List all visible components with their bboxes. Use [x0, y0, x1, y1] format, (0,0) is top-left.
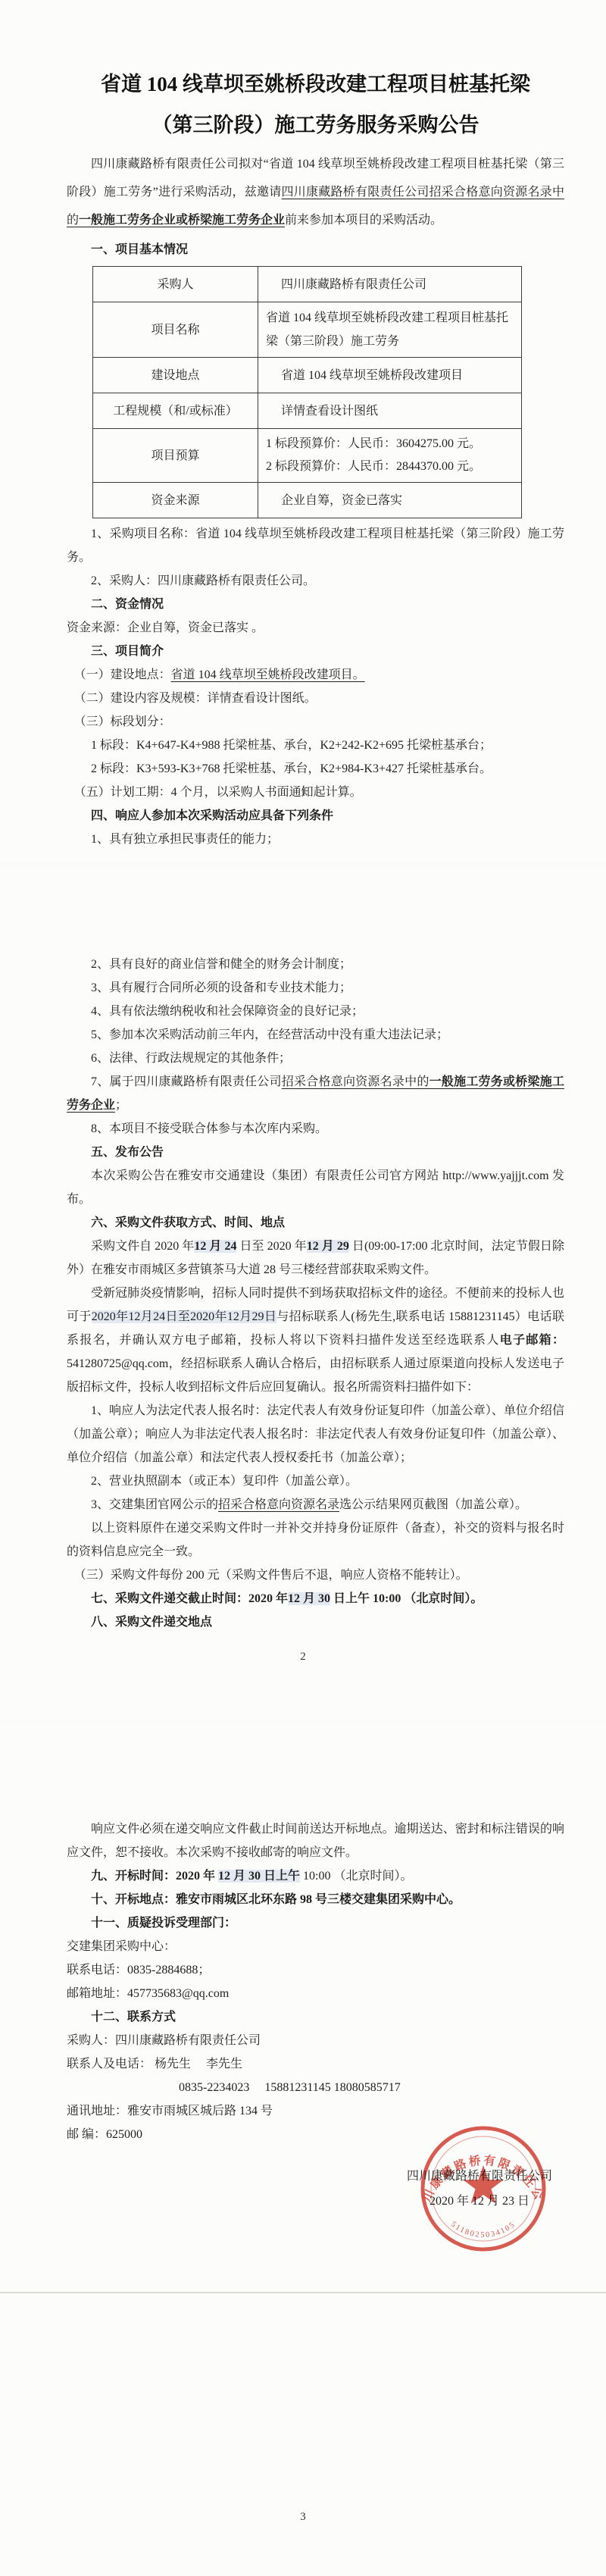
- section-5-heading: 五、发布公告: [67, 1141, 564, 1164]
- condition-7-tail: ；: [115, 1099, 127, 1112]
- registration-req-2: 2、营业执照副本（或正本）复印件（加盖公章）。: [67, 1470, 564, 1493]
- page-number-1: 1: [0, 781, 606, 805]
- project-name-note: 1、采购项目名称：省道 104 线草坝至姚桥段改建工程项目桩基托梁（第三阶段）施…: [67, 522, 564, 569]
- table-label: 建设地点: [93, 358, 258, 393]
- construction-site-line: （一）建设地点：省道 104 线草坝至姚桥段改建项目。: [67, 663, 564, 687]
- condition-7: 7、属于四川康藏路桥有限责任公司招采合格意向资源名录中的一般施工劳务或桥梁施工劳…: [67, 1070, 564, 1117]
- contact-phones-line: 0835-2234023 15881231145 18080585717: [67, 2076, 564, 2099]
- req-3-tail: 选公示结果网页截图（加盖公章）。: [339, 1498, 527, 1511]
- registration-req-1: 1、响应人为法定代表人报名时：法定代表人有效身份证复印件（加盖公章）、单位介绍信…: [67, 1399, 564, 1470]
- funding-source-line: 资金来源：企业自筹，资金已落实 。: [67, 616, 564, 640]
- company-seal-stamp: 四川康藏路桥有限责任公司 5118025034105: [418, 2124, 548, 2254]
- table-label: 工程规模（和/或标准）: [93, 393, 258, 429]
- originals-note: 以上资料原件在递交采购文件时一并补交并持身份证原件（备查），补交的资料与报名时的…: [67, 1516, 564, 1563]
- covid-date-range: 2020年12月24日至2020年12月29日: [92, 1310, 277, 1323]
- condition-4: 4、具有依法缴纳税收和社会保障资金的良好记录；: [67, 1000, 564, 1023]
- table-value: 企业自筹，资金已落实: [258, 483, 522, 518]
- section-6-heading: 六、采购文件获取方式、时间、地点: [67, 1211, 564, 1235]
- project-info-table: 采购人 四川康藏路桥有限责任公司 项目名称 省道 104 线草坝至姚桥段改建工程…: [92, 266, 522, 518]
- page-number-3: 3: [0, 2506, 606, 2529]
- req-3-underlined: 招采合格意向资源名录: [218, 1498, 339, 1511]
- site-label: （一）建设地点：: [74, 668, 171, 681]
- section-10-line: 十、开标地点：雅安市雨城区北环东路 98 号三楼交建集团采购中心。: [67, 1888, 564, 1911]
- section-9-heading: 九、开标时间：: [91, 1870, 176, 1883]
- table-row: 工程规模（和/或标准） 详情查看设计图纸: [93, 393, 522, 429]
- req-3-text: 3、交建集团官网公示的: [91, 1498, 218, 1511]
- announcement-site-line: 本次采购公告在雅安市交通建设（集团）有限责任公司官方网站 http://www.…: [67, 1164, 564, 1211]
- obtain-text-b: 日至 2020 年: [236, 1240, 306, 1253]
- seal-star-icon: [463, 2165, 503, 2204]
- scanned-document: 省道 104 线草坝至姚桥段改建工程项目桩基托梁 （第三阶段）施工劳务服务采购公…: [0, 0, 606, 2576]
- opening-year: 2020 年: [176, 1870, 218, 1883]
- bid-sections-label: （三）标段划分：: [67, 710, 564, 734]
- intro-paragraph: 四川康藏路桥有限责任公司拟对“省道 104 线草坝至姚桥段改建工程项目桩基托梁（…: [67, 150, 564, 234]
- table-value: 省道 104 线草坝至姚桥段改建工程项目桩基托梁（第三阶段）施工劳务: [258, 302, 522, 358]
- deadline-year: 2020 年: [248, 1592, 288, 1605]
- covid-text-c: 541280725@qq.com，经招标联系人确认合格后，由招标联系人通过原渠道…: [67, 1357, 564, 1394]
- seal-code-text: 5118025034105: [449, 2221, 517, 2240]
- budget-line-1: 1 标段预算价：人民币：3604275.00 元。: [266, 433, 514, 455]
- condition-7-text: 7、属于四川康藏路桥有限责任公司: [91, 1075, 282, 1088]
- scan-artifact-line: [0, 2292, 606, 2293]
- table-value: 详情查看设计图纸: [258, 393, 522, 429]
- bid-section-1: 1 标段：K4+647-K4+988 托梁桩基、承台，K2+242-K2+695…: [67, 734, 564, 757]
- table-label: 采购人: [93, 267, 258, 302]
- obtain-date-1: 12 月 24: [194, 1240, 236, 1253]
- submission-rules-paragraph: 响应文件必须在递交响应文件截止时间前送达开标地点。逾期送达、密封和标注错误的响应…: [67, 1817, 564, 1864]
- buyer-note: 2、采购人：四川康藏路桥有限责任公司。: [67, 569, 564, 593]
- page-title: 省道 104 线草坝至姚桥段改建工程项目桩基托梁 （第三阶段）施工劳务服务采购公…: [67, 64, 564, 146]
- section-7-heading: 七、采购文件递交截止时间：: [91, 1592, 248, 1605]
- svg-text:5118025034105: 5118025034105: [449, 2221, 517, 2240]
- table-label: 项目预算: [93, 429, 258, 483]
- obtain-text-a: 采购文件自 2020 年: [91, 1240, 194, 1253]
- section-1-heading: 一、项目基本情况: [67, 238, 564, 261]
- section-9-line: 九、开标时间：2020 年 12 月 30 日上午 10:00 （北京时间）。: [67, 1864, 564, 1888]
- title-line-1: 省道 104 线草坝至姚桥段改建工程项目桩基托梁: [67, 64, 564, 105]
- table-label: 资金来源: [93, 483, 258, 518]
- registration-req-3: 3、交建集团官网公示的招采合格意向资源名录选公示结果网页截图（加盖公章）。: [67, 1493, 564, 1516]
- construction-scope-line: （二）建设内容及规模：详情查看设计图纸。: [67, 687, 564, 710]
- section-4-heading: 四、响应人参加本次采购活动应具备下列条件: [67, 804, 564, 828]
- contact-address-line: 通讯地址：雅安市雨城区城后路 134 号: [67, 2099, 564, 2123]
- table-row: 资金来源 企业自筹，资金已落实: [93, 483, 522, 518]
- opening-date: 12 月 30 日上午: [218, 1870, 300, 1883]
- condition-3: 3、具有履行合同所必须的设备和专业技术能力；: [67, 976, 564, 1000]
- complaint-phone-line: 联系电话：0835-2884688；: [67, 1958, 564, 1982]
- condition-1: 1、具有独立承担民事责任的能力；: [67, 828, 564, 851]
- complaint-dept-line: 交建集团采购中心：: [67, 1935, 564, 1958]
- covid-notice-paragraph: 受新冠肺炎疫情影响，招标人同时提供不到场获取招标文件的途径。不便前来的投标人也可…: [67, 1282, 564, 1399]
- table-value: 省道 104 线草坝至姚桥段改建项目: [258, 358, 522, 393]
- table-value: 四川康藏路桥有限责任公司: [258, 267, 522, 302]
- table-row: 项目名称 省道 104 线草坝至姚桥段改建工程项目桩基托梁（第三阶段）施工劳务: [93, 302, 522, 358]
- page-number-2: 2: [0, 1645, 606, 1669]
- section-11-heading: 十一、质疑投诉受理部门：: [67, 1911, 564, 1935]
- document-page-2: 2、具有良好的商业信誉和健全的财务会计制度； 3、具有履行合同所必须的设备和专业…: [0, 865, 606, 1719]
- intro-tail: 前来参加本项目的采购活动。: [285, 214, 442, 227]
- table-row: 建设地点 省道 104 线草坝至姚桥段改建项目: [93, 358, 522, 393]
- section-7-line: 七、采购文件递交截止时间：2020 年12 月 30 日上午 10:00 （北京…: [67, 1587, 564, 1610]
- section-8-heading: 八、采购文件递交地点: [67, 1610, 564, 1634]
- contact-buyer-line: 采购人：四川康藏路桥有限责任公司: [67, 2029, 564, 2052]
- site-value: 省道 104 线草坝至姚桥段改建项目。: [171, 668, 365, 681]
- document-page-3: 响应文件必须在递交响应文件截止时间前送达开标地点。逾期送达、密封和标注错误的响应…: [0, 1722, 606, 2576]
- contact-persons-line: 联系人及电话： 杨先生 李先生: [67, 2052, 564, 2076]
- opening-time: 10:00 （北京时间）。: [300, 1870, 412, 1883]
- condition-5: 5、参加本次采购活动前三年内，在经营活动中没有重大违法记录；: [67, 1023, 564, 1047]
- section-2-heading: 二、资金情况: [67, 593, 564, 616]
- budget-line-2: 2 标段预算价：人民币：2844370.00 元。: [266, 455, 514, 478]
- doc-obtain-paragraph: 采购文件自 2020 年12 月 24 日至 2020 年12 月 29 日(0…: [67, 1235, 564, 1282]
- title-line-2: （第三阶段）施工劳务服务采购公告: [67, 105, 564, 146]
- table-row: 项目预算 1 标段预算价：人民币：3604275.00 元。 2 标段预算价：人…: [93, 429, 522, 483]
- doc-fee-line: （三）采购文件每份 200 元（采购文件售后不退，响应人资格不能转让）。: [67, 1563, 564, 1587]
- condition-2: 2、具有良好的商业信誉和健全的财务会计制度；: [67, 953, 564, 976]
- condition-7-underlined: 招采合格意向资源名录中的: [282, 1075, 430, 1088]
- deadline-time: 日上午 10:00 （北京时间）。: [330, 1592, 483, 1605]
- obtain-date-2: 12 月 29: [307, 1240, 349, 1253]
- section-12-heading: 十二、联系方式: [67, 2005, 564, 2029]
- document-page-1: 省道 104 线草坝至姚桥段改建工程项目桩基托梁 （第三阶段）施工劳务服务采购公…: [0, 0, 606, 862]
- table-row: 采购人 四川康藏路桥有限责任公司: [93, 267, 522, 302]
- deadline-date: 12 月 30: [288, 1592, 330, 1605]
- table-value: 1 标段预算价：人民币：3604275.00 元。 2 标段预算价：人民币：28…: [258, 429, 522, 483]
- bid-section-2: 2 标段：K3+593-K3+768 托梁桩基、承台，K2+984-K3+427…: [67, 757, 564, 781]
- covid-email-label: 电子邮箱：: [500, 1334, 564, 1347]
- condition-8: 8、本项目不接受联合体参与本次库内采购。: [67, 1117, 564, 1141]
- section-3-heading: 三、项目简介: [67, 640, 564, 663]
- intro-underlined-bold: 一般施工劳务企业或桥梁施工劳务企业: [79, 214, 285, 227]
- table-label: 项目名称: [93, 302, 258, 358]
- complaint-email-line: 邮箱地址：457735683@qq.com: [67, 1982, 564, 2005]
- condition-6: 6、法律、行政法规规定的其他条件；: [67, 1047, 564, 1070]
